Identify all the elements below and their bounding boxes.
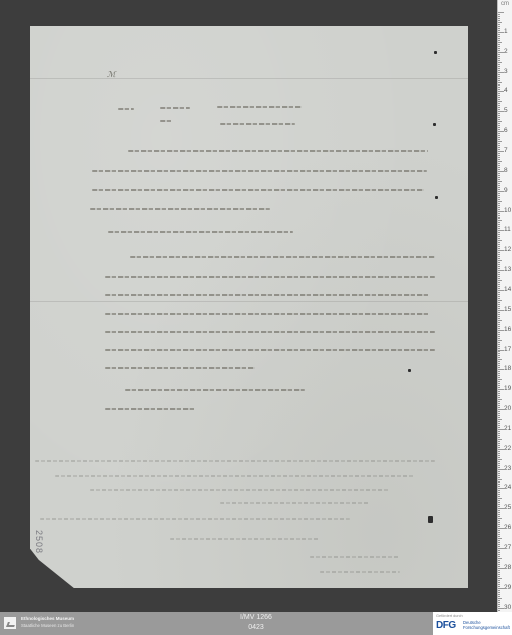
handwriting-line xyxy=(130,256,435,258)
ruler-tick xyxy=(498,58,500,59)
ruler-tick xyxy=(498,274,500,275)
ruler-tick xyxy=(498,260,502,261)
ruler-tick xyxy=(498,70,500,71)
ruler-tick xyxy=(498,363,500,364)
ruler-tick xyxy=(498,560,500,561)
ruler-tick xyxy=(498,320,502,321)
ruler-tick xyxy=(498,584,500,585)
ruler-tick xyxy=(498,439,502,440)
ruler-tick xyxy=(498,44,500,45)
ruler-tick xyxy=(498,121,502,122)
ruler-tick xyxy=(498,292,500,293)
ruler-tick xyxy=(498,38,500,39)
ruler-tick xyxy=(498,105,500,106)
ruler-tick xyxy=(498,60,500,61)
ruler-tick xyxy=(498,113,500,114)
dfg-sponsor-block: Gefördert durch DFG Deutsche Forschungsg… xyxy=(433,612,512,635)
ruler-label: 7 xyxy=(504,147,508,154)
ruler-tick xyxy=(498,262,500,263)
ruler-tick xyxy=(498,411,500,412)
handwriting-line xyxy=(92,170,427,172)
ruler-tick xyxy=(498,240,502,241)
ruler-tick xyxy=(498,143,500,144)
ruler-tick xyxy=(498,445,500,446)
ruler-tick xyxy=(498,397,500,398)
ruler-label: 22 xyxy=(504,445,511,452)
ruler-tick xyxy=(498,413,500,414)
ruler-tick xyxy=(498,246,500,247)
ruler-tick xyxy=(498,222,500,223)
ruler-tick xyxy=(498,89,500,90)
faint-note-line xyxy=(40,518,350,520)
ruler-tick xyxy=(498,336,500,337)
ruler-tick xyxy=(498,576,500,577)
ruler-tick xyxy=(498,314,500,315)
ruler-tick xyxy=(498,302,500,303)
ruler-tick xyxy=(498,312,500,313)
ruler-label: 18 xyxy=(504,365,511,372)
ruler-tick xyxy=(498,326,500,327)
ruler-tick xyxy=(498,598,502,599)
ruler-tick xyxy=(498,492,500,493)
ruler-tick xyxy=(498,359,502,360)
document-page: ℳ xyxy=(30,26,468,588)
faint-note-line xyxy=(55,475,415,477)
ruler-tick xyxy=(498,423,500,424)
handwriting-line xyxy=(105,349,435,351)
ruler-tick xyxy=(498,157,500,158)
ruler-unit: cm xyxy=(501,1,509,7)
ruler-tick xyxy=(498,203,500,204)
ruler-label: 9 xyxy=(504,187,508,194)
ruler-tick xyxy=(498,217,500,218)
handwriting-line xyxy=(105,331,435,333)
ruler-tick xyxy=(498,496,500,497)
ruler-tick xyxy=(498,215,500,216)
ruler-tick xyxy=(498,149,500,150)
ruler-tick xyxy=(498,604,500,605)
handwriting-line xyxy=(217,106,302,108)
ruler-tick xyxy=(498,137,500,138)
ruler-tick xyxy=(498,228,500,229)
ruler-tick xyxy=(498,332,500,333)
ruler-tick xyxy=(498,84,500,85)
ruler-tick xyxy=(498,443,500,444)
ruler-tick xyxy=(498,278,500,279)
ruler-tick xyxy=(498,377,500,378)
ruler-tick xyxy=(498,379,502,380)
ruler-tick xyxy=(498,135,500,136)
ruler-tick xyxy=(498,606,500,607)
ruler-tick xyxy=(498,18,500,19)
margin-archive-number: 2508 xyxy=(34,530,44,554)
ruler-tick xyxy=(498,252,500,253)
ruler-label: 19 xyxy=(504,385,511,392)
ruler-tick xyxy=(498,431,500,432)
ruler-tick xyxy=(498,506,500,507)
ruler-tick xyxy=(498,117,500,118)
ruler-tick xyxy=(498,296,500,297)
ruler-tick xyxy=(498,344,500,345)
footer-bar: Ethnologisches Museum Staatliche Museen … xyxy=(0,612,512,635)
ruler-tick xyxy=(498,479,502,480)
ruler-tick xyxy=(498,534,500,535)
ruler-tick xyxy=(498,209,500,210)
ruler-tick xyxy=(498,544,500,545)
ruler-tick xyxy=(498,308,500,309)
ruler-tick xyxy=(498,153,500,154)
ruler-tick xyxy=(498,316,500,317)
ruler-tick xyxy=(498,451,500,452)
ruler-tick xyxy=(498,367,500,368)
ruler-tick xyxy=(498,189,500,190)
ink-spot xyxy=(433,123,436,126)
ruler-tick xyxy=(498,566,500,567)
ruler-tick xyxy=(498,484,500,485)
ruler-tick xyxy=(498,387,500,388)
ruler-tick xyxy=(498,425,500,426)
ruler-tick xyxy=(498,54,500,55)
ruler-label: 13 xyxy=(504,266,511,273)
ruler-tick xyxy=(498,405,500,406)
ruler-tick xyxy=(498,324,500,325)
ruler-tick xyxy=(498,473,500,474)
ruler-tick xyxy=(498,540,500,541)
ruler-label: 5 xyxy=(504,107,508,114)
ruler-tick xyxy=(498,346,500,347)
ruler-tick xyxy=(498,238,500,239)
ruler-tick xyxy=(498,264,500,265)
ruler-tick xyxy=(498,282,500,283)
folio-mark: ℳ xyxy=(107,70,116,79)
ruler-tick xyxy=(498,197,500,198)
ruler-tick xyxy=(498,87,500,88)
ruler-tick xyxy=(498,558,502,559)
ruler-tick xyxy=(498,62,502,63)
handwriting-line xyxy=(108,231,293,233)
ruler-tick xyxy=(498,56,500,57)
ruler-tick xyxy=(498,610,500,611)
faint-note-line xyxy=(90,489,390,491)
ruler-tick xyxy=(498,383,500,384)
ruler-tick xyxy=(498,50,500,51)
ruler-tick xyxy=(498,95,500,96)
ruler-tick xyxy=(498,218,500,219)
ruler-tick xyxy=(498,415,500,416)
ruler-tick xyxy=(498,355,500,356)
ruler-label: 16 xyxy=(504,326,511,333)
ruler-tick xyxy=(498,373,500,374)
ruler-tick xyxy=(498,419,502,420)
ruler-tick xyxy=(498,183,500,184)
ruler-tick xyxy=(498,48,500,49)
ruler-tick xyxy=(498,101,502,102)
ruler-label: 29 xyxy=(504,584,511,591)
ruler-tick xyxy=(498,494,500,495)
ruler-tick xyxy=(498,467,500,468)
handwriting-line xyxy=(125,389,305,391)
ruler-tick xyxy=(498,236,500,237)
ruler-tick xyxy=(498,80,500,81)
ruler-tick xyxy=(498,68,500,69)
ruler-tick xyxy=(498,40,500,41)
ruler-tick xyxy=(498,242,500,243)
handwriting-line xyxy=(105,313,430,315)
ruler-tick xyxy=(498,298,500,299)
ruler-tick xyxy=(498,24,500,25)
ruler-tick xyxy=(498,427,500,428)
handwriting-line xyxy=(220,123,295,125)
ruler-tick xyxy=(498,66,500,67)
ink-spot xyxy=(428,516,433,523)
ruler-tick xyxy=(498,167,500,168)
ruler-label: 1 xyxy=(504,28,508,35)
ruler-tick xyxy=(498,129,500,130)
ruler-label: 26 xyxy=(504,524,511,531)
dfg-logo-icon: DFG xyxy=(436,620,456,631)
ruler-tick xyxy=(498,572,500,573)
ruler-tick xyxy=(498,85,500,86)
ruler-label: 8 xyxy=(504,167,508,174)
ruler-tick xyxy=(498,340,502,341)
ruler-tick xyxy=(498,109,500,110)
ruler-tick xyxy=(498,232,500,233)
ruler-tick xyxy=(498,328,500,329)
ruler-tick xyxy=(498,500,500,501)
ruler-tick xyxy=(498,145,500,146)
ruler-tick xyxy=(498,399,502,400)
ruler-tick xyxy=(498,510,500,511)
ruler-tick xyxy=(498,564,500,565)
ruler-tick xyxy=(498,318,500,319)
ruler-tick xyxy=(498,141,502,142)
ruler-tick xyxy=(498,244,500,245)
ruler-tick xyxy=(498,42,502,43)
ruler-tick xyxy=(498,530,500,531)
ruler-tick xyxy=(498,453,500,454)
ruler-tick xyxy=(498,82,502,83)
ruler-tick xyxy=(498,600,500,601)
ruler-tick xyxy=(498,169,500,170)
ruler-label: 11 xyxy=(504,226,511,233)
ruler-tick xyxy=(498,205,500,206)
handwriting-line xyxy=(105,294,430,296)
ruler-tick xyxy=(498,417,500,418)
ruler-tick xyxy=(498,294,500,295)
handwriting-line xyxy=(105,367,255,369)
ruler-tick xyxy=(498,163,500,164)
ruler-tick xyxy=(498,582,500,583)
ruler-label: 27 xyxy=(504,544,511,551)
ruler-tick xyxy=(498,512,500,513)
ruler-tick xyxy=(498,471,500,472)
ruler-label: 24 xyxy=(504,484,511,491)
ruler-tick xyxy=(498,447,500,448)
ruler-label: 23 xyxy=(504,465,511,472)
ruler-tick xyxy=(498,286,500,287)
ruler-tick xyxy=(498,258,500,259)
ruler-tick xyxy=(498,97,500,98)
ruler-tick xyxy=(498,119,500,120)
ruler-tick xyxy=(498,139,500,140)
page-fold-line xyxy=(30,301,468,302)
ruler-label: 3 xyxy=(504,68,508,75)
ruler-tick xyxy=(498,391,500,392)
ruler-tick xyxy=(498,594,500,595)
ruler-tick xyxy=(498,322,500,323)
ruler-tick xyxy=(498,34,500,35)
ruler-tick xyxy=(498,280,502,281)
ruler-tick xyxy=(498,284,500,285)
sponsor-name: Deutsche Forschungsgemeinschaft xyxy=(463,620,510,630)
ruler-label: 25 xyxy=(504,504,511,511)
ruler-label: 17 xyxy=(504,346,511,353)
ruler-tick xyxy=(498,20,500,21)
ruler-tick xyxy=(498,433,500,434)
ruler-tick xyxy=(498,26,500,27)
ruler-label: 21 xyxy=(504,425,511,432)
ruler-tick xyxy=(498,401,500,402)
ruler-tick xyxy=(498,514,500,515)
ruler-tick xyxy=(498,580,500,581)
handwriting-line xyxy=(105,276,435,278)
ruler-tick xyxy=(498,173,500,174)
ruler-tick xyxy=(498,199,500,200)
ruler-tick xyxy=(498,338,500,339)
ruler-tick xyxy=(498,596,500,597)
ruler-tick xyxy=(498,12,504,13)
ruler-tick xyxy=(498,22,502,23)
ruler-tick xyxy=(498,115,500,116)
handwriting-line xyxy=(118,108,134,110)
ruler-tick xyxy=(498,201,502,202)
ruler-tick xyxy=(498,524,500,525)
ruler-label: 15 xyxy=(504,306,511,313)
ruler-tick xyxy=(498,490,500,491)
ruler-tick xyxy=(498,161,502,162)
ruler-tick xyxy=(498,371,500,372)
ruler-label: 10 xyxy=(504,207,511,214)
ruler-tick xyxy=(498,224,500,225)
ink-spot xyxy=(434,51,437,54)
handwriting-line xyxy=(90,208,270,210)
ruler-tick xyxy=(498,461,500,462)
ruler-tick xyxy=(498,342,500,343)
page-fold-line xyxy=(30,78,468,79)
handwriting-line xyxy=(128,150,428,152)
ruler-label: 2 xyxy=(504,48,508,55)
faint-note-line xyxy=(320,571,400,573)
ruler-tick xyxy=(498,375,500,376)
ruler-tick xyxy=(498,570,500,571)
ruler-tick xyxy=(498,351,500,352)
ruler-tick xyxy=(498,574,500,575)
ruler-tick xyxy=(498,522,500,523)
sponsor-name-line2: Forschungsgemeinschaft xyxy=(463,625,510,630)
ruler-tick xyxy=(498,179,500,180)
ruler-tick xyxy=(498,482,500,483)
ruler-tick xyxy=(498,536,500,537)
ruler-tick xyxy=(498,552,500,553)
ruler-tick xyxy=(498,381,500,382)
ruler-label: 14 xyxy=(504,286,511,293)
handwriting-line xyxy=(105,408,195,410)
ruler-tick xyxy=(498,195,500,196)
handwriting-line xyxy=(160,120,172,122)
ruler-tick xyxy=(498,395,500,396)
faint-note-line xyxy=(220,502,370,504)
ruler-tick xyxy=(498,457,500,458)
handwriting-line xyxy=(92,189,424,191)
ruler-tick xyxy=(498,220,502,221)
sponsor-label: Gefördert durch xyxy=(436,614,463,618)
ruler-tick xyxy=(498,125,500,126)
ruler-tick xyxy=(498,187,500,188)
ruler-tick xyxy=(498,348,500,349)
ruler-tick xyxy=(498,459,502,460)
ruler-tick xyxy=(498,127,500,128)
ruler-tick xyxy=(498,602,500,603)
ruler-tick xyxy=(498,165,500,166)
ink-spot xyxy=(435,196,438,199)
ruler-tick xyxy=(498,502,500,503)
ruler-tick xyxy=(498,155,500,156)
ruler-tick xyxy=(498,76,500,77)
ruler-tick xyxy=(498,455,500,456)
faint-note-line xyxy=(310,556,400,558)
ruler-tick xyxy=(498,175,500,176)
ruler-tick xyxy=(498,550,500,551)
ruler-tick xyxy=(498,437,500,438)
ruler-tick xyxy=(498,357,500,358)
ruler-tick xyxy=(498,36,500,37)
ruler-tick xyxy=(498,74,500,75)
ruler-tick xyxy=(498,516,500,517)
ruler-tick xyxy=(498,504,500,505)
ruler-tick xyxy=(498,207,500,208)
ruler-tick xyxy=(498,248,500,249)
ruler-tick xyxy=(498,475,500,476)
ruler-tick xyxy=(498,590,500,591)
ruler-tick xyxy=(498,93,500,94)
ruler-tick xyxy=(498,159,500,160)
ruler-tick xyxy=(498,123,500,124)
ruler-tick xyxy=(498,226,500,227)
ruler-label: 12 xyxy=(504,246,511,253)
ruler-tick xyxy=(498,177,500,178)
ruler-tick xyxy=(498,365,500,366)
ruler-label: 6 xyxy=(504,127,508,134)
ruler-tick xyxy=(498,46,500,47)
ruler-tick xyxy=(498,421,500,422)
ruler-tick xyxy=(498,78,500,79)
ruler-tick xyxy=(498,465,500,466)
ruler-tick xyxy=(498,133,500,134)
ruler-tick xyxy=(498,288,500,289)
ruler-tick xyxy=(498,556,500,557)
ruler-tick xyxy=(498,16,500,17)
ruler-label: 20 xyxy=(504,405,511,412)
ruler-tick xyxy=(498,518,502,519)
ruler-tick xyxy=(498,385,500,386)
ruler-tick xyxy=(498,107,500,108)
ruler-tick xyxy=(498,103,500,104)
ruler-tick xyxy=(498,64,500,65)
faint-note-line xyxy=(35,460,435,462)
ruler-tick xyxy=(498,532,500,533)
ruler-label: 4 xyxy=(504,87,508,94)
ruler-tick xyxy=(498,181,502,182)
